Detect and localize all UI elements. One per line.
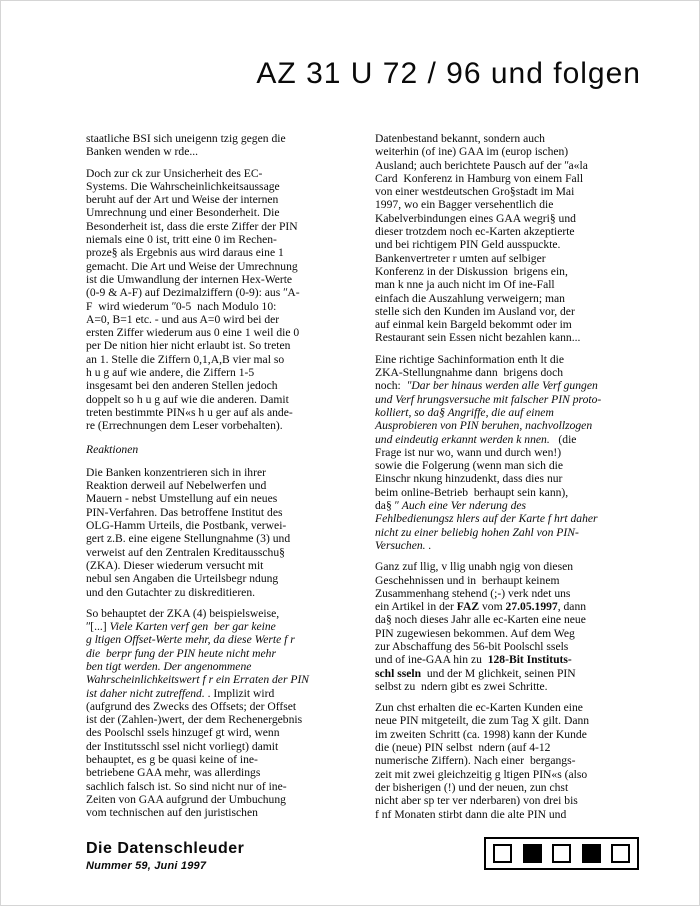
section-heading: Reaktionen [86,443,370,456]
paragraph: staatliche BSI sich uneigenn tzig gegen … [86,132,370,159]
outline-square [493,844,512,863]
paragraph: So behauptet der ZKA (4) beispielsweise,… [86,607,370,820]
scanned-document-page: AZ 31 U 72 / 96 und folgen staatliche BS… [0,0,700,906]
outline-square [552,844,571,863]
publication-name: Die Datenschleuder [86,840,244,858]
left-column: staatliche BSI sich uneigenn tzig gegen … [86,132,370,828]
paragraph: Zun chst erhalten die ec-Karten Kunden e… [375,701,659,821]
paragraph: Doch zur ck zur Unsicherheit des EC- Sys… [86,167,370,433]
paragraph: Ganz zuf llig, v llig unabh ngig von die… [375,560,659,693]
paragraph: Datenbestand bekannt, sondern auch weite… [375,132,659,345]
publication-issue: Nummer 59, Juni 1997 [86,860,244,872]
paragraph: Eine richtige Sachinformation enth lt di… [375,353,659,552]
footer: Die Datenschleuder Nummer 59, Juni 1997 [86,840,244,872]
quote-italic: Auch eine Ver nderung des Fehlbedienungs… [375,499,598,552]
right-column: Datenbestand bekannt, sondern auch weite… [375,132,659,829]
filled-square [582,844,601,863]
bold-run: 27.05.1997 [506,600,558,613]
page-marker [484,837,639,870]
filled-square [523,844,542,863]
outline-square [611,844,630,863]
page-title: AZ 31 U 72 / 96 und folgen [1,57,641,91]
bold-run: FAZ [457,600,479,613]
quote-italic: Viele Karten verf gen ber gar keine g lt… [86,620,309,699]
text-run: . Implizit wird (aufgrund des Zwecks des… [86,687,302,820]
text-run: vom [479,600,505,613]
paragraph: Die Banken konzentrieren sich in ihrer R… [86,466,370,599]
